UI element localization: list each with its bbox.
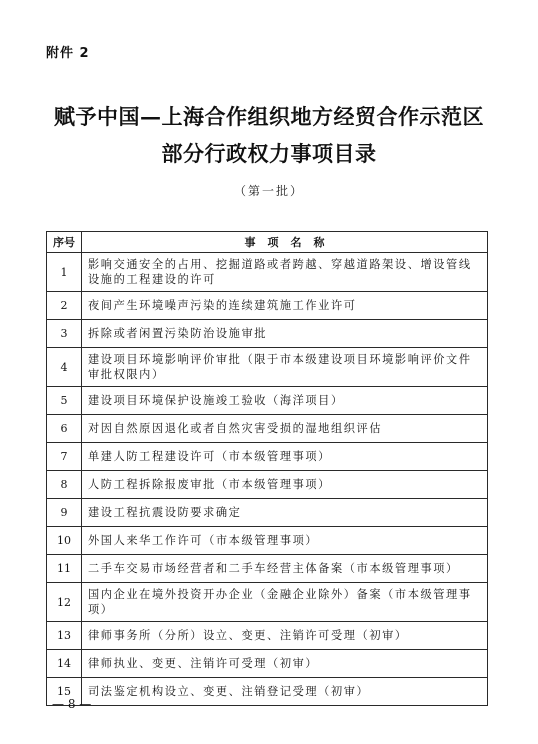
row-item-name: 单建人防工程建设许可（市本级管理事项） xyxy=(82,443,488,471)
document-title-line-1: 赋予中国—上海合作组织地方经贸合作示范区 xyxy=(0,101,538,131)
column-header-number: 序号 xyxy=(47,232,82,253)
table-row: 6 对因自然原因退化或者自然灾害受损的湿地组织评估 xyxy=(47,415,488,443)
table-row: 1 影响交通安全的占用、挖掘道路或者跨越、穿越道路架设、增设管线设施的工程建设的… xyxy=(47,253,488,292)
table-row: 9 建设工程抗震设防要求确定 xyxy=(47,499,488,527)
row-number: 5 xyxy=(47,387,82,415)
row-item-name: 影响交通安全的占用、挖掘道路或者跨越、穿越道路架设、增设管线设施的工程建设的许可 xyxy=(82,253,488,292)
table-row: 12 国内企业在境外投资开办企业（金融企业除外）备案（市本级管理事项） xyxy=(47,583,488,622)
table-row: 10 外国人来华工作许可（市本级管理事项） xyxy=(47,527,488,555)
row-number: 4 xyxy=(47,348,82,387)
row-item-name: 二手车交易市场经营者和二手车经营主体备案（市本级管理事项） xyxy=(82,555,488,583)
column-header-name-label: 事项名称 xyxy=(233,236,337,249)
row-number: 3 xyxy=(47,320,82,348)
row-number: 13 xyxy=(47,622,82,650)
row-item-name: 对因自然原因退化或者自然灾害受损的湿地组织评估 xyxy=(82,415,488,443)
row-item-name: 司法鉴定机构设立、变更、注销登记受理（初审） xyxy=(82,678,488,706)
batch-label: （第一批） xyxy=(0,182,538,199)
table-row: 8 人防工程拆除报废审批（市本级管理事项） xyxy=(47,471,488,499)
row-item-name: 建设项目环境保护设施竣工验收（海洋项目） xyxy=(82,387,488,415)
row-number: 10 xyxy=(47,527,82,555)
table-row: 14 律师执业、变更、注销许可受理（初审） xyxy=(47,650,488,678)
row-item-name: 拆除或者闲置污染防治设施审批 xyxy=(82,320,488,348)
row-number: 11 xyxy=(47,555,82,583)
row-number: 2 xyxy=(47,292,82,320)
column-header-name: 事项名称 xyxy=(82,232,488,253)
row-number: 6 xyxy=(47,415,82,443)
table-row: 2 夜间产生环境噪声污染的连续建筑施工作业许可 xyxy=(47,292,488,320)
row-number: 9 xyxy=(47,499,82,527)
table-row: 11 二手车交易市场经营者和二手车经营主体备案（市本级管理事项） xyxy=(47,555,488,583)
row-item-name: 建设项目环境影响评价审批（限于市本级建设项目环境影响评价文件审批权限内） xyxy=(82,348,488,387)
row-number: 1 xyxy=(47,253,82,292)
table-header-row: 序号 事项名称 xyxy=(47,232,488,253)
row-number: 12 xyxy=(47,583,82,622)
row-item-name: 律师事务所（分所）设立、变更、注销许可受理（初审） xyxy=(82,622,488,650)
table-row: 4 建设项目环境影响评价审批（限于市本级建设项目环境影响评价文件审批权限内） xyxy=(47,348,488,387)
table-row: 3 拆除或者闲置污染防治设施审批 xyxy=(47,320,488,348)
row-number: 7 xyxy=(47,443,82,471)
table-row: 5 建设项目环境保护设施竣工验收（海洋项目） xyxy=(47,387,488,415)
document-title-line-2: 部分行政权力事项目录 xyxy=(0,138,538,168)
row-item-name: 律师执业、变更、注销许可受理（初审） xyxy=(82,650,488,678)
page-number: — 8 — xyxy=(52,697,91,711)
administrative-power-catalog-table: 序号 事项名称 1 影响交通安全的占用、挖掘道路或者跨越、穿越道路架设、增设管线… xyxy=(46,231,488,706)
table-row: 13 律师事务所（分所）设立、变更、注销许可受理（初审） xyxy=(47,622,488,650)
row-item-name: 外国人来华工作许可（市本级管理事项） xyxy=(82,527,488,555)
row-item-name: 国内企业在境外投资开办企业（金融企业除外）备案（市本级管理事项） xyxy=(82,583,488,622)
table-row: 7 单建人防工程建设许可（市本级管理事项） xyxy=(47,443,488,471)
row-item-name: 人防工程拆除报废审批（市本级管理事项） xyxy=(82,471,488,499)
attachment-label: 附件 2 xyxy=(46,42,90,61)
row-item-name: 建设工程抗震设防要求确定 xyxy=(82,499,488,527)
row-item-name: 夜间产生环境噪声污染的连续建筑施工作业许可 xyxy=(82,292,488,320)
row-number: 14 xyxy=(47,650,82,678)
table-row: 15 司法鉴定机构设立、变更、注销登记受理（初审） xyxy=(47,678,488,706)
row-number: 8 xyxy=(47,471,82,499)
